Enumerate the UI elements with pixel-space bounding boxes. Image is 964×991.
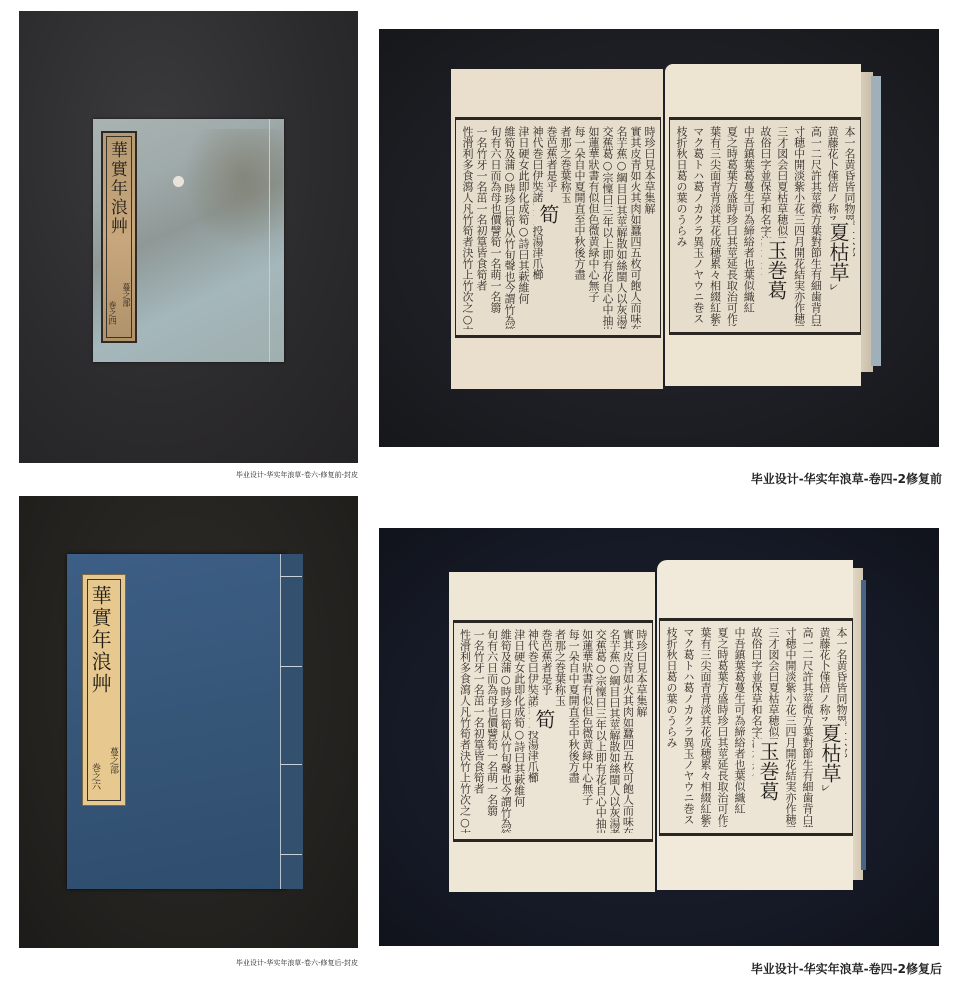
right-page: 本一名黄昏皆同物異ニ本邦 黄藤花卜僅倍ノ称スル物諸レ雅レ 高一二尺許其莖微方葉對… bbox=[665, 64, 861, 386]
text-column: 一名竹牙一名茁一名初篁皆食筍者 bbox=[471, 629, 485, 833]
heading-selfheal: 夏枯草 bbox=[824, 220, 853, 284]
cover-volume-number: 巻之六 bbox=[89, 763, 102, 790]
text-column: 中吾鎮葉葛蔓生可為締綌者也葉似織紅 bbox=[732, 627, 746, 827]
cover-subtitle-section: 蔓之部 bbox=[107, 747, 120, 774]
text-column: 名芋蕉○綱目曰其莖解散如絲閩人以灰湯煮治為布 bbox=[607, 629, 621, 833]
text-column: 維筍及蒲○時珍曰筍从竹旬聲也今謂竹為筍 bbox=[502, 126, 516, 329]
text-column: 性滑利多食瀉人凡竹筍者決竹上竹次之○志林曰竹有雌 bbox=[458, 629, 471, 833]
text-column: 津日硬女此即化成筍○詩曰其蔌維何 bbox=[512, 629, 526, 833]
left-page: 時珍曰見本草集解 實其皮青如火其肉如蠶四五枚可飽人而味在牙齒間 名芋蕉○綱目曰其… bbox=[449, 572, 655, 892]
book-cover-grey-blue: 華實年浪艸 蔓之部 巻之四 bbox=[93, 119, 284, 362]
binding-stitch bbox=[280, 854, 302, 855]
left-page-columns: 時珍曰見本草集解 實其皮青如火其肉如蠶四五枚可飽人而味在牙齒間 名芋蕉○綱目曰其… bbox=[458, 629, 648, 833]
cover-subtitle-section: 蔓之部 bbox=[121, 283, 132, 307]
text-column: 巻芭蕉者是乎 bbox=[544, 126, 558, 329]
blue-cover-edge bbox=[861, 580, 866, 870]
binding-stitch bbox=[280, 764, 302, 765]
caption-pages-before: 毕业设计-华实年浪草-卷四-2修复前 bbox=[751, 470, 942, 487]
text-column: 交蕉葛○宗懍曰三年以上即有花自心中抽出 bbox=[600, 126, 614, 329]
text-column: 神代巻曰伊奘諾尊又投湯津爪櫛 bbox=[530, 126, 544, 329]
caption-pages-after: 毕业设计-华实年浪草-卷四-2修复后 bbox=[751, 960, 942, 977]
text-column: 如蓮華狀書有似但色微黄緑中心無子 bbox=[586, 126, 600, 329]
heading-kudzu: 玉巻葛 bbox=[754, 739, 783, 803]
text-column: 高一二尺許其莖微方葉對節生有細歯背白莖端作穂長一二 bbox=[800, 627, 814, 827]
open-book: 時珍曰見本草集解 實其皮青如火其肉如蠶四五枚可飽人而味在牙齒間 名芋蕉○綱目曰其… bbox=[449, 560, 869, 905]
text-column: 性滑利多食瀉人凡竹筍者決竹上竹次之○志林曰竹有雌 bbox=[460, 126, 474, 329]
text-column: 寸穂中開淡紫小花三四月開花結実亦作穂五月便枯 bbox=[792, 126, 806, 326]
heading-selfheal: 夏枯草 bbox=[816, 721, 845, 785]
text-column: 名芋蕉○綱目曰其莖解散如絲閩人以灰湯煮治為布 bbox=[614, 126, 628, 329]
photo-cover-after-restoration: 華實年浪艸 蔓之部 巻之六 bbox=[19, 496, 358, 948]
open-book: 時珍曰見本草集解 實其皮青如火其肉如蠶四五枚可飽人而味在牙齒間 名芋蕉○綱目曰其… bbox=[451, 64, 881, 394]
text-column: 者那之巻葉称玉 bbox=[558, 126, 572, 329]
left-page: 時珍曰見本草集解 實其皮青如火其肉如蠶四五枚可飽人而味在牙齒間 名芋蕉○綱目曰其… bbox=[451, 69, 663, 389]
caption-cover-after: 毕业设计-华实年浪草-卷六-修复后-封皮 bbox=[236, 958, 358, 968]
text-column: 旬有六日而為母也價譬筍一名萌一名篛 bbox=[488, 126, 502, 329]
caption-cover-before: 毕业设计-华实年浪草-卷六-修复前-封皮 bbox=[236, 470, 358, 480]
text-column: 夏之時葛葉方盛時珍曰其莖延長取治可作絺綌其葉如楓 bbox=[724, 126, 738, 326]
photo-pages-before-restoration: 時珍曰見本草集解 實其皮青如火其肉如蠶四五枚可飽人而味在牙齒間 名芋蕉○綱目曰其… bbox=[379, 29, 939, 447]
text-column: 時珍曰見本草集解 bbox=[634, 629, 648, 833]
text-column: 中吾鎮葉葛蔓生可為締綌者也葉似織紅 bbox=[741, 126, 755, 326]
text-column: 實其皮青如火其肉如蠶四五枚可飽人而味在牙齒間 bbox=[621, 629, 635, 833]
text-column: 時珍曰見本草集解 bbox=[642, 126, 656, 329]
text-column: 實其皮青如火其肉如蠶四五枚可飽人而味在牙齒間 bbox=[628, 126, 642, 329]
right-page: 本一名黄昏皆同物異ニ本邦 黄藤花卜僅倍ノ称スル物諸レ雅レ 高一二尺許其莖微方葉對… bbox=[657, 560, 853, 890]
title-label-slip: 華實年浪艸 蔓之部 巻之六 bbox=[82, 574, 126, 806]
binding-line bbox=[269, 119, 270, 362]
text-column: マク葛トハ葛ノカクラ異玉ノヤウニ巻ス bbox=[681, 627, 695, 827]
photo-cover-before-restoration: 華實年浪艸 蔓之部 巻之四 bbox=[19, 11, 358, 463]
text-column: 每一朵自中夏開直至中秋後方盡 bbox=[567, 629, 581, 833]
water-stain bbox=[183, 129, 283, 249]
text-column: 一名竹牙一名茁一名初篁皆食筍者 bbox=[474, 126, 488, 329]
text-column: 如蓮華狀書有似但色微黄緑中心無子 bbox=[580, 629, 594, 833]
text-column: 津日硬女此即化成筍○詩曰其蔌維何 bbox=[516, 126, 530, 329]
left-page-text-frame: 時珍曰見本草集解 實其皮青如火其肉如蠶四五枚可飽人而味在牙齒間 名芋蕉○綱目曰其… bbox=[455, 117, 661, 338]
binding-spine bbox=[280, 554, 303, 889]
text-column: 葉有三尖面青背淡其花成穂累々相綴紅紫色 bbox=[708, 126, 722, 326]
cover-title: 華實年浪艸 bbox=[105, 141, 130, 236]
left-page-text-frame: 時珍曰見本草集解 實其皮青如火其肉如蠶四五枚可飽人而味在牙齒間 名芋蕉○綱目曰其… bbox=[453, 620, 653, 842]
book-cover-navy-blue: 華實年浪艸 蔓之部 巻之六 bbox=[67, 554, 287, 889]
text-column: 巻芭蕉者是乎 bbox=[539, 629, 553, 833]
text-column: 交蕉葛○宗懍曰三年以上即有花自心中抽出 bbox=[594, 629, 608, 833]
binding-stitch bbox=[280, 576, 302, 577]
right-page-text-frame: 本一名黄昏皆同物異ニ本邦 黄藤花卜僅倍ノ称スル物諸レ雅レ 高一二尺許其莖微方葉對… bbox=[669, 117, 861, 335]
cover-volume-number: 巻之四 bbox=[107, 301, 118, 325]
heading-bamboo-shoot: 筍 bbox=[534, 202, 563, 226]
text-column: 每一朵自中夏開直至中秋後方盡 bbox=[572, 126, 586, 329]
text-column: 夏之時葛葉方盛時珍曰其莖延長取治可作絺綌其葉如楓 bbox=[715, 627, 729, 827]
right-page-text-frame: 本一名黄昏皆同物異ニ本邦 黄藤花卜僅倍ノ称スル物諸レ雅レ 高一二尺許其莖微方葉對… bbox=[659, 618, 853, 836]
text-column: マク葛トハ葛ノカクラ異玉ノヤウニ巻ス bbox=[691, 126, 705, 326]
text-column: 者那之巻葉称玉 bbox=[553, 629, 567, 833]
blue-cover-edge bbox=[871, 76, 881, 366]
text-column: 高一二尺許其莖微方葉對節生有細歯背白莖端作穂長一二 bbox=[808, 126, 822, 326]
left-page-columns: 時珍曰見本草集解 實其皮青如火其肉如蠶四五枚可飽人而味在牙齒間 名芋蕉○綱目曰其… bbox=[460, 126, 656, 329]
text-column: 枝折秋日葛の葉のうらみ bbox=[664, 627, 678, 827]
heading-kudzu: 玉巻葛 bbox=[762, 238, 791, 302]
binding-stitch bbox=[280, 666, 302, 667]
text-column: 旬有六日而為母也價譬筍一名萌一名篛 bbox=[485, 629, 499, 833]
cover-title: 華實年浪艸 bbox=[86, 585, 115, 695]
text-column: 維筍及蒲○時珍曰筍从竹旬聲也今謂竹為筍 bbox=[499, 629, 513, 833]
text-column: 寸穂中開淡紫小花三四月開花結実亦作穂五月便枯 bbox=[783, 627, 797, 827]
damage-hole bbox=[173, 176, 184, 187]
text-column: 枝折秋日葛の葉のうらみ bbox=[674, 126, 688, 326]
text-column: 葉有三尖面青背淡其花成穂累々相綴紅紫色 bbox=[698, 627, 712, 827]
title-label-slip: 華實年浪艸 蔓之部 巻之四 bbox=[101, 131, 137, 343]
heading-bamboo-shoot: 筍 bbox=[530, 707, 559, 731]
text-column: 神代巻曰伊奘諾尊又投湯津爪櫛 bbox=[526, 629, 540, 833]
photo-pages-after-restoration: 時珍曰見本草集解 實其皮青如火其肉如蠶四五枚可飽人而味在牙齒間 名芋蕉○綱目曰其… bbox=[379, 528, 939, 946]
